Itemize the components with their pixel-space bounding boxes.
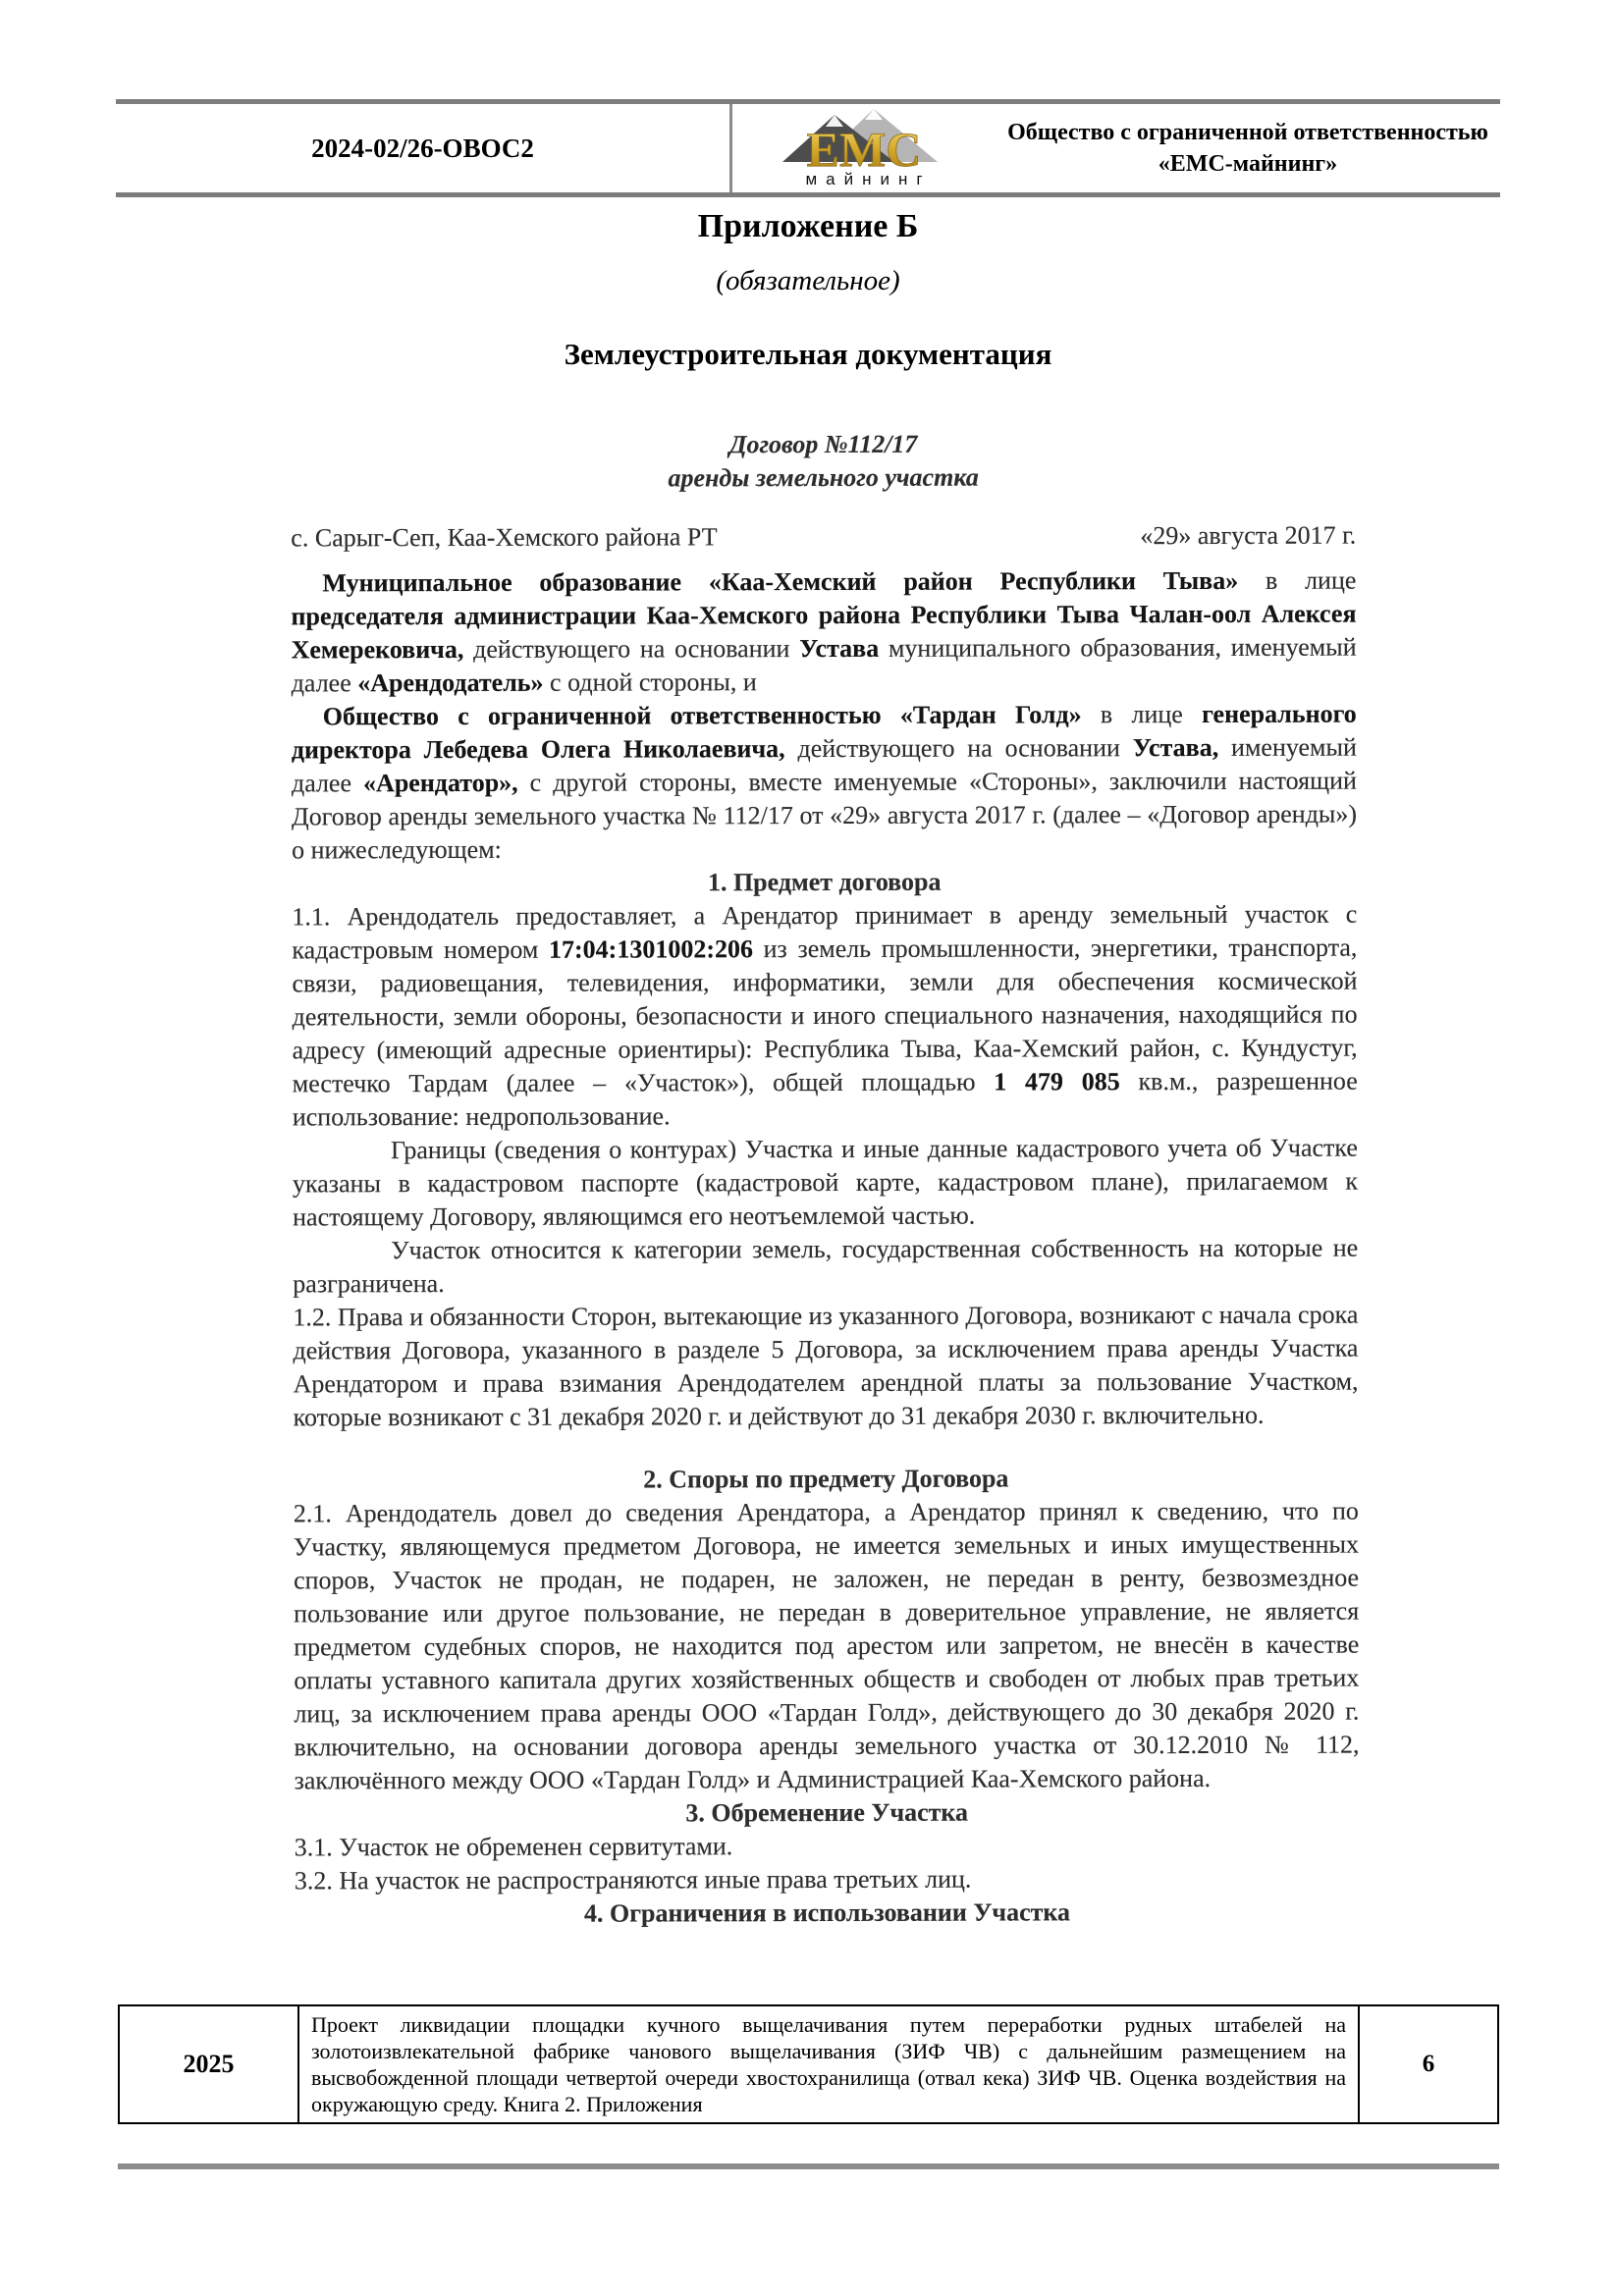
place-date-row: с. Сарыг-Сеп, Каа-Хемского района РТ «29… [291, 519, 1356, 556]
company-line-1: Общество с ограниченной ответственностью [1007, 117, 1488, 148]
contract-section-heading: 1. Предмет договора [292, 865, 1357, 901]
contract-paragraph: Границы (сведения о контурах) Участка и … [293, 1132, 1358, 1235]
emc-logo: ЕМС майнинг [732, 104, 996, 192]
company-line-2: «ЕМС-майнинг» [1158, 148, 1337, 180]
header-company: Общество с ограниченной ответственностью… [996, 104, 1500, 192]
contract-paragraph: 1.1. Арендодатель предоставляет, а Аренд… [292, 898, 1358, 1135]
contract-section-heading: 3. Обременение Участка [295, 1795, 1360, 1832]
contract-paragraph: 3.1. Участок не обременен сервитутами. [295, 1829, 1360, 1865]
contract-place: с. Сарыг-Сеп, Каа-Хемского района РТ [291, 520, 717, 555]
appendix-subtitle: Землеустроительная документация [116, 337, 1500, 372]
contract-body: Муниципальное образование «Каа-Хемский р… [291, 564, 1360, 1932]
bottom-rule [118, 2163, 1499, 2169]
contract-title-line-2: аренды земельного участка [291, 460, 1356, 497]
appendix-titles: Приложение Б (обязательное) Землеустроит… [116, 208, 1500, 372]
emc-logo-subtext: майнинг [796, 170, 931, 189]
contract-paragraph: 2.1. Арендодатель довел до сведения Арен… [294, 1495, 1360, 1798]
footer-page-number: 6 [1360, 2006, 1497, 2122]
contract-title-line-1: Договор №112/17 [291, 427, 1356, 463]
contract-section-heading: 2. Споры по предмету Договора [294, 1462, 1359, 1498]
footer-description: Проект ликвидации площадки кучного выщел… [299, 2006, 1360, 2122]
appendix-kind: (обязательное) [116, 265, 1500, 297]
contract-date: «29» августа 2017 г. [1140, 519, 1356, 554]
contract-paragraph: 1.2. Права и обязанности Сторон, вытекаю… [293, 1299, 1358, 1435]
emc-logo-text: ЕМС [807, 122, 922, 176]
page: 2024-02/26-ОВОС2 ЕМС майнинг Обществ [0, 0, 1616, 2296]
contract-paragraph: 3.2. На участок не распространяются иные… [295, 1862, 1360, 1898]
emc-logo-mountain-icon: ЕМС [781, 107, 947, 176]
appendix-title: Приложение Б [116, 208, 1500, 245]
contract-section-heading: 4. Ограничения в использовании Участка [295, 1896, 1360, 1932]
page-header: 2024-02/26-ОВОС2 ЕМС майнинг Обществ [116, 99, 1500, 197]
contract-paragraph: Участок относится к категории земель, го… [293, 1232, 1358, 1302]
page-footer: 2025 Проект ликвидации площадки кучного … [118, 2004, 1499, 2124]
header-doc-code: 2024-02/26-ОВОС2 [116, 104, 732, 192]
footer-year: 2025 [120, 2006, 299, 2122]
contract-scan: Договор №112/17 аренды земельного участк… [291, 427, 1360, 1932]
contract-paragraph: Муниципальное образование «Каа-Хемский р… [291, 564, 1356, 701]
contract-paragraph: Общество с ограниченной ответственностью… [292, 698, 1357, 868]
